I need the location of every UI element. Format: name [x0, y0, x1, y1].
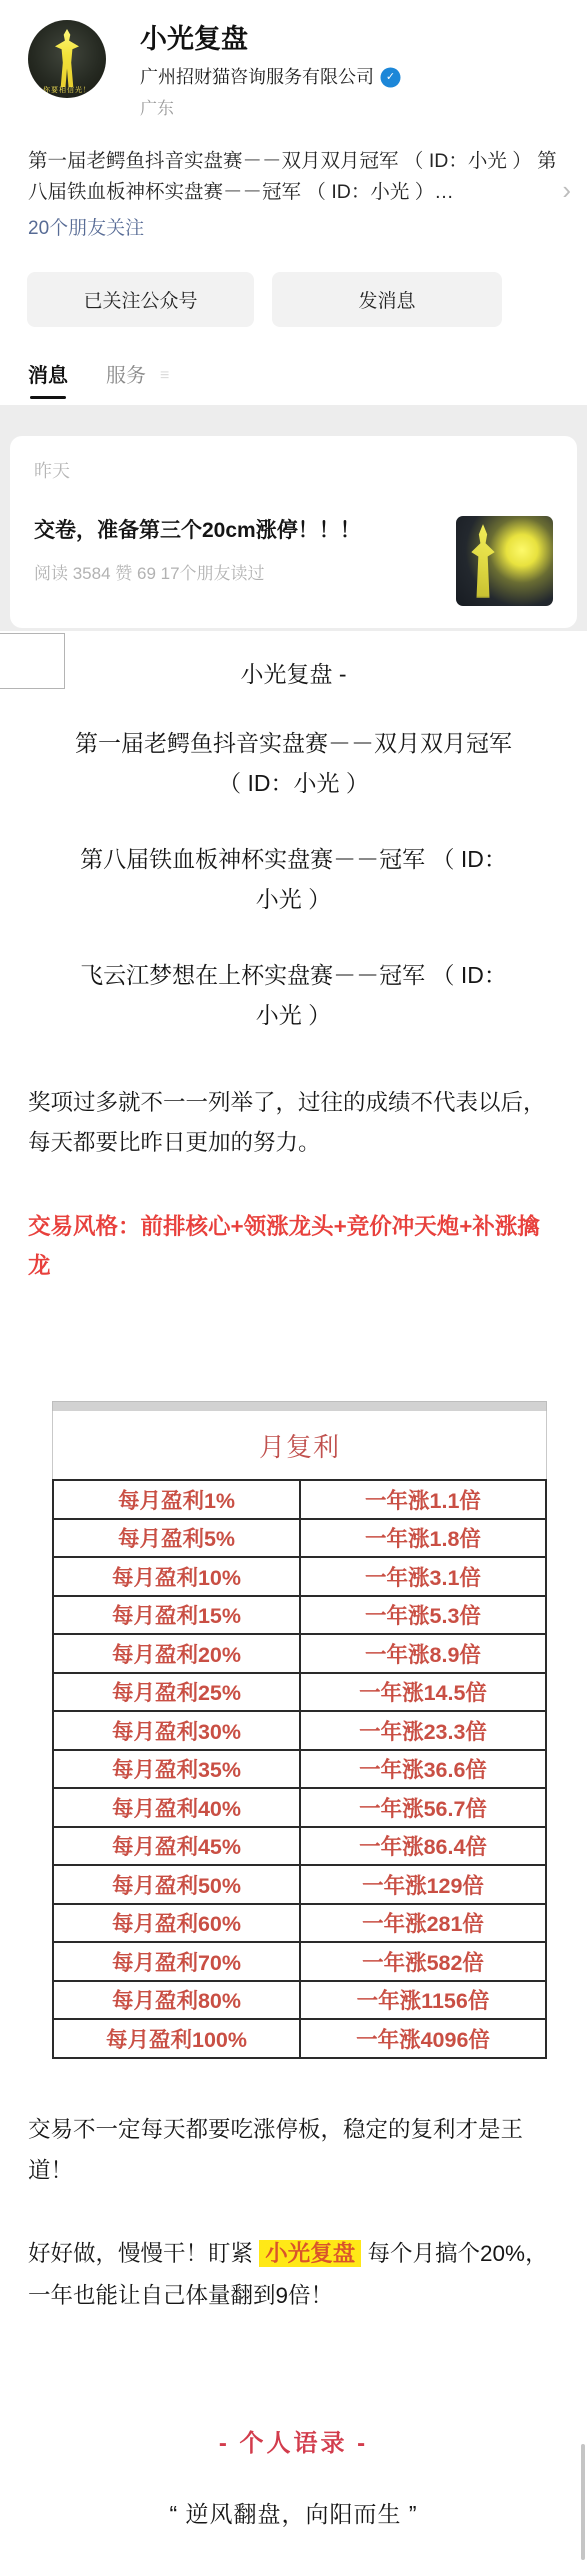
cell-monthly-gain: 每月盈利40% [54, 1789, 301, 1826]
achievement-list: 第一届老鳄鱼抖音实盘赛－－双月双月冠军 （ ID：小光 ） 第八届铁血板神杯实盘… [0, 723, 587, 1035]
cell-yearly-result: 一年涨56.7倍 [301, 1789, 545, 1826]
cell-monthly-gain: 每月盈利60% [54, 1905, 301, 1942]
profile-header: 你要相信光！ 小光复盘 广州招财猫咨询服务有限公司 ✓ 广东 [0, 0, 587, 120]
cell-monthly-gain: 每月盈利45% [54, 1828, 301, 1865]
company-row: 广州招财猫咨询服务有限公司 ✓ [140, 65, 399, 89]
feed-date: 昨天 [34, 459, 553, 483]
avatar-ultraman-figure [52, 29, 82, 87]
menu-lines-icon: ≡ [160, 363, 169, 389]
table-row: 每月盈利100% 一年涨4096倍 [54, 2018, 545, 2057]
cell-yearly-result: 一年涨23.3倍 [301, 1712, 545, 1749]
cell-yearly-result: 一年涨8.9倍 [301, 1635, 545, 1672]
cell-yearly-result: 一年涨4096倍 [301, 2020, 545, 2057]
paragraph-awards: 奖项过多就不一一列举了，过往的成绩不代表以后，每天都要比昨日更加的努力。 [28, 1083, 559, 1163]
cell-monthly-gain: 每月盈利70% [54, 1943, 301, 1980]
cell-yearly-result: 一年涨86.4倍 [301, 1828, 545, 1865]
cell-monthly-gain: 每月盈利35% [54, 1751, 301, 1788]
achievement-line: 第一届老鳄鱼抖音实盘赛－－双月双月冠军 [0, 723, 587, 763]
achievement-line: （ ID：小光 ） [0, 763, 587, 803]
table-row: 每月盈利1% 一年涨1.1倍 [54, 1481, 545, 1518]
table-row: 每月盈利30% 一年涨23.3倍 [54, 1710, 545, 1749]
profile-location: 广东 [140, 98, 399, 120]
cell-yearly-result: 一年涨129倍 [301, 1866, 545, 1903]
table-top-strip [52, 1401, 547, 1411]
achievement-line: 小光 ） [0, 995, 587, 1035]
cell-yearly-result: 一年涨5.3倍 [301, 1597, 545, 1634]
tab-bar: 消息 服务 ≡ [28, 363, 559, 405]
paragraph-steady: 交易不一定每天都要吃涨停板，稳定的复利才是王道！ [28, 2109, 559, 2191]
action-buttons: 已关注公众号 发消息 [27, 272, 587, 327]
table-row: 每月盈利5% 一年涨1.8倍 [54, 1518, 545, 1557]
cell-monthly-gain: 每月盈利15% [54, 1597, 301, 1634]
company-name: 广州招财猫咨询服务有限公司 [140, 65, 374, 89]
article-title: 小光复盘 - [0, 631, 587, 690]
cell-yearly-result: 一年涨582倍 [301, 1943, 545, 1980]
cell-monthly-gain: 每月盈利50% [54, 1866, 301, 1903]
cell-monthly-gain: 每月盈利100% [54, 2020, 301, 2057]
cell-yearly-result: 一年涨1156倍 [301, 1982, 545, 2019]
tab-messages[interactable]: 消息 [28, 363, 68, 399]
paragraph-urge: 好好做，慢慢干！盯紧 小光复盘 每个月搞个20%，一年也能让自己体量翻到9倍！ [28, 2233, 559, 2317]
chevron-right-icon[interactable]: › [562, 175, 571, 206]
achievement-line: 飞云江梦想在上杯实盘赛－－冠军 （ ID： [0, 955, 587, 995]
table-body: 每月盈利1% 一年涨1.1倍 每月盈利5% 一年涨1.8倍 每月盈利10% 一年… [52, 1479, 547, 2059]
table-row: 每月盈利35% 一年涨36.6倍 [54, 1749, 545, 1788]
post-thumbnail[interactable] [456, 516, 553, 606]
profile-info: 小光复盘 广州招财猫咨询服务有限公司 ✓ 广东 [140, 20, 399, 120]
cell-monthly-gain: 每月盈利80% [54, 1982, 301, 2019]
verified-badge-icon: ✓ [382, 69, 399, 86]
cell-yearly-result: 一年涨36.6倍 [301, 1751, 545, 1788]
urge-text-pre: 好好做，慢慢干！盯紧 [28, 2241, 259, 2266]
embedded-image-corner-box [0, 633, 65, 689]
tab-services[interactable]: 服务 [106, 363, 146, 399]
post-main: 交卷，准备第三个20cm涨停！！！ 阅读 3584 赞 69 17个朋友读过 [34, 516, 456, 606]
feed-card: 昨天 交卷，准备第三个20cm涨停！！！ 阅读 3584 赞 69 17个朋友读… [10, 436, 577, 628]
feed-section: 昨天 交卷，准备第三个20cm涨停！！！ 阅读 3584 赞 69 17个朋友读… [0, 405, 587, 631]
achievement-item: 第一届老鳄鱼抖音实盘赛－－双月双月冠军 （ ID：小光 ） [0, 723, 587, 803]
cell-yearly-result: 一年涨1.1倍 [301, 1481, 545, 1518]
table-row: 每月盈利60% 一年涨281倍 [54, 1903, 545, 1942]
achievement-item: 飞云江梦想在上杯实盘赛－－冠军 （ ID： 小光 ） [0, 955, 587, 1035]
cell-yearly-result: 一年涨3.1倍 [301, 1558, 545, 1595]
cell-yearly-result: 一年涨14.5倍 [301, 1674, 545, 1711]
table-row: 每月盈利45% 一年涨86.4倍 [54, 1826, 545, 1865]
table-row: 每月盈利70% 一年涨582倍 [54, 1941, 545, 1980]
cell-yearly-result: 一年涨281倍 [301, 1905, 545, 1942]
post-stats: 阅读 3584 赞 69 17个朋友读过 [34, 563, 440, 585]
profile-description-text: 第一届老鳄鱼抖音实盘赛－－双月双月冠军 （ ID：小光 ） 第八届铁血板神杯实盘… [28, 150, 557, 203]
followed-account-button[interactable]: 已关注公众号 [27, 272, 254, 327]
table-title: 月复利 [52, 1411, 547, 1479]
scrollbar-thumb[interactable] [581, 2444, 585, 2560]
send-message-button[interactable]: 发消息 [272, 272, 502, 327]
article-body: 小光复盘 - 第一届老鳄鱼抖音实盘赛－－双月双月冠军 （ ID：小光 ） 第八届… [0, 631, 587, 2529]
table-row: 每月盈利50% 一年涨129倍 [54, 1864, 545, 1903]
personal-quotes-header: - 个人语录 - [0, 2429, 587, 2459]
personal-quote: “ 逆风翻盘，向阳而生 ” [0, 2499, 587, 2529]
cell-monthly-gain: 每月盈利5% [54, 1520, 301, 1557]
table-row: 每月盈利80% 一年涨1156倍 [54, 1980, 545, 2019]
compound-interest-table: 月复利 每月盈利1% 一年涨1.1倍 每月盈利5% 一年涨1.8倍 每月盈利10… [52, 1401, 547, 2059]
cell-yearly-result: 一年涨1.8倍 [301, 1520, 545, 1557]
feed-post[interactable]: 交卷，准备第三个20cm涨停！！！ 阅读 3584 赞 69 17个朋友读过 [34, 516, 553, 606]
table-row: 每月盈利15% 一年涨5.3倍 [54, 1595, 545, 1634]
avatar[interactable]: 你要相信光！ [28, 20, 106, 98]
table-row: 每月盈利40% 一年涨56.7倍 [54, 1787, 545, 1826]
cell-monthly-gain: 每月盈利20% [54, 1635, 301, 1672]
profile-name: 小光复盘 [140, 22, 399, 56]
post-title[interactable]: 交卷，准备第三个20cm涨停！！！ [34, 516, 440, 546]
avatar-caption: 你要相信光！ [28, 85, 106, 95]
table-row: 每月盈利25% 一年涨14.5倍 [54, 1672, 545, 1711]
achievement-item: 第八届铁血板神杯实盘赛－－冠军 （ ID： 小光 ） [0, 839, 587, 919]
cell-monthly-gain: 每月盈利30% [54, 1712, 301, 1749]
cell-monthly-gain: 每月盈利25% [54, 1674, 301, 1711]
achievement-line: 第八届铁血板神杯实盘赛－－冠军 （ ID： [0, 839, 587, 879]
highlighted-brand: 小光复盘 [259, 2240, 361, 2267]
friends-follow-link[interactable]: 20个朋友关注 [28, 215, 559, 243]
cell-monthly-gain: 每月盈利10% [54, 1558, 301, 1595]
cell-monthly-gain: 每月盈利1% [54, 1481, 301, 1518]
profile-description[interactable]: 第一届老鳄鱼抖音实盘赛－－双月双月冠军 （ ID：小光 ） 第八届铁血板神杯实盘… [28, 146, 559, 208]
table-row: 每月盈利10% 一年涨3.1倍 [54, 1556, 545, 1595]
achievement-line: 小光 ） [0, 879, 587, 919]
table-row: 每月盈利20% 一年涨8.9倍 [54, 1633, 545, 1672]
trading-style-line: 交易风格：前排核心+领涨龙头+竞价冲天炮+补涨擒龙 [28, 1207, 559, 1285]
